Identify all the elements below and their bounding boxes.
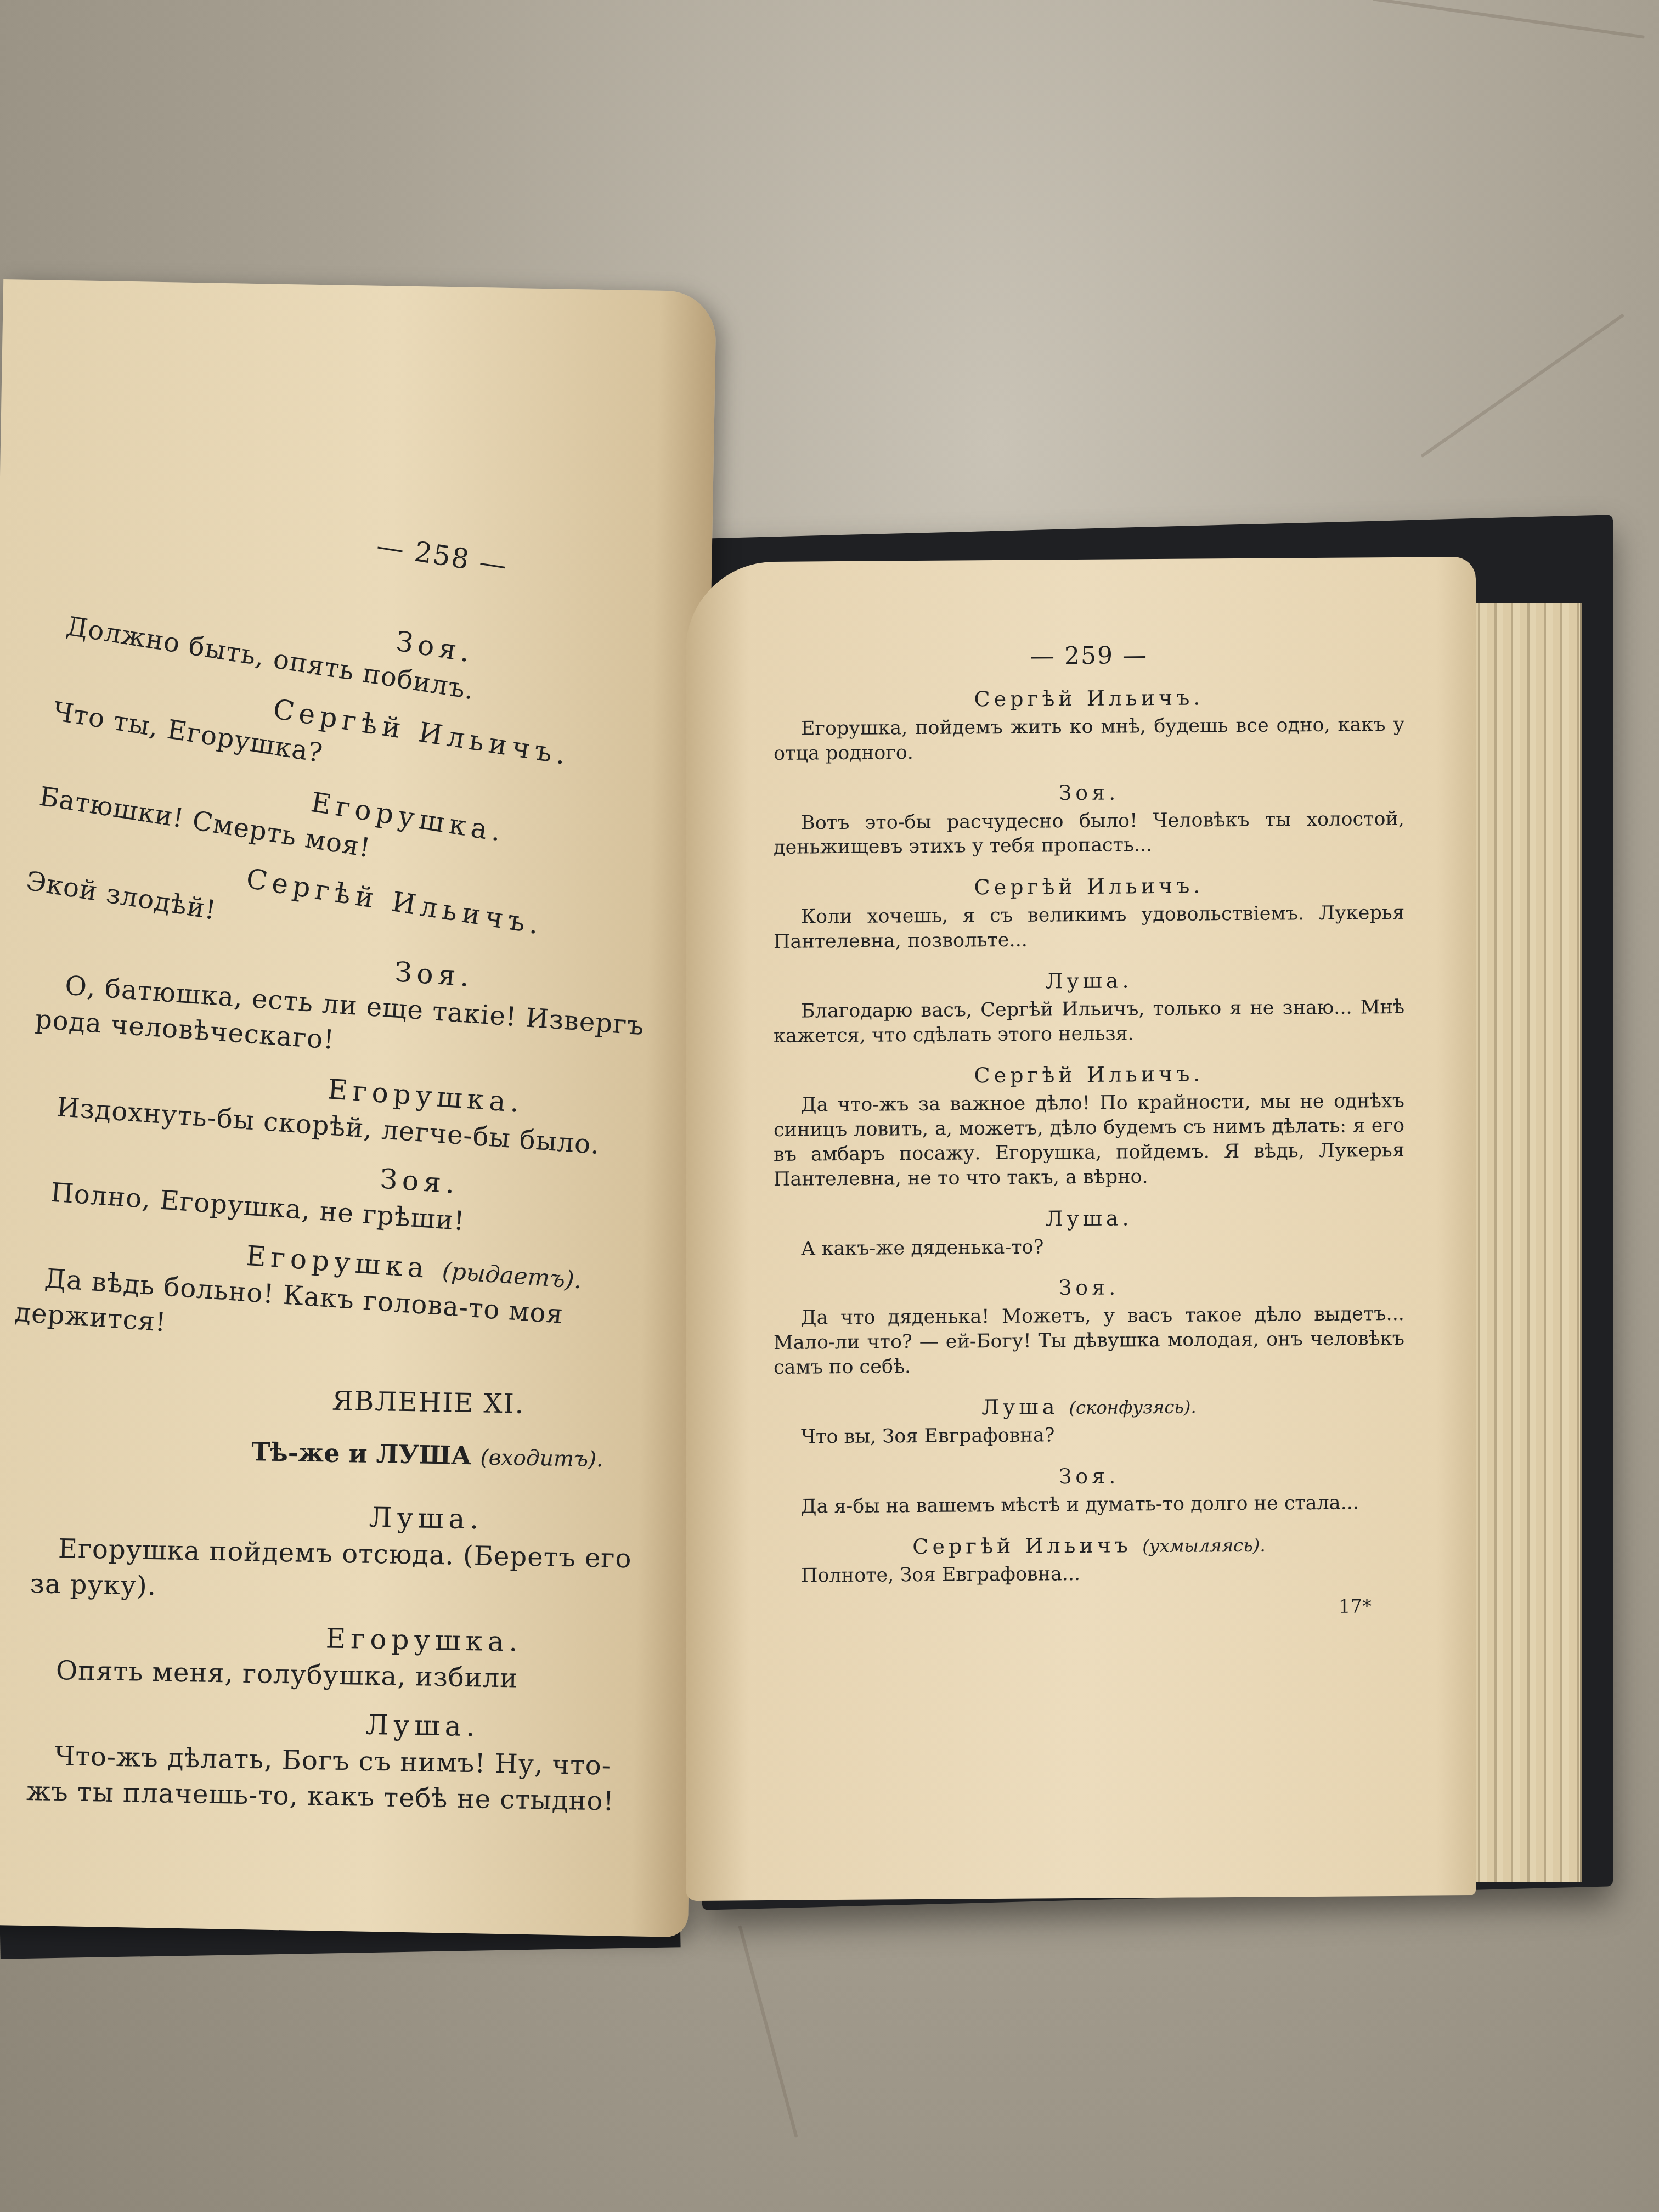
- dialogue-block: Зоя. Должно быть, опять побилъ. Сергѣй И…: [0, 569, 665, 992]
- speaker-name: Сергѣй Ильичъ.: [774, 872, 1404, 901]
- speaker-name: Сергѣй Ильичъ.: [774, 684, 1404, 713]
- dialogue-line: Да я-бы на вашемъ мѣстѣ и думать-то долг…: [774, 1490, 1404, 1519]
- dialogue-line: Опять меня, голубушка, избили: [28, 1652, 654, 1699]
- scene-cast: Тѣ-же и ЛУША (входитъ).: [32, 1433, 658, 1474]
- dialogue-entry: Егорушка. Опять меня, голубушка, избили: [28, 1617, 654, 1699]
- speaker-name-text: Сергѣй Ильичъ: [912, 1533, 1132, 1559]
- page-number: — 259 —: [774, 640, 1404, 672]
- dialogue-line: Коли хочешь, я съ великимъ удовольствіем…: [774, 901, 1404, 955]
- scene-cast-names: Тѣ-же и ЛУША: [251, 1437, 472, 1470]
- stage-direction: (ухмыляясь).: [1142, 1535, 1266, 1557]
- dialogue-entry: Луша. Егорушка пойдемъ отсюда. (Беретъ е…: [30, 1496, 657, 1612]
- dialogue-block: Луша. Егорушка пойдемъ отсюда. (Беретъ е…: [26, 1496, 657, 1820]
- speaker-name: Луша (сконфузясь).: [774, 1392, 1404, 1421]
- speaker-name-text: Луша: [981, 1395, 1058, 1419]
- speaker-name: Зоя.: [774, 1462, 1404, 1490]
- dialogue-block: Зоя. О, батюшка, есть ли еще такіе! Изве…: [14, 931, 665, 1374]
- speaker-name: Зоя.: [774, 1273, 1404, 1302]
- marble-vein: [738, 1925, 798, 2138]
- dialogue-entry: Зоя. Да что дяденька! Можетъ, у васъ так…: [774, 1273, 1404, 1380]
- dialogue-entry: Сергѣй Ильичъ. Егорушка, пойдемъ жить ко…: [774, 684, 1404, 766]
- dialogue-entry: Луша. Благодарю васъ, Сергѣй Ильичъ, тол…: [774, 967, 1404, 1049]
- speaker-name: Зоя.: [774, 778, 1404, 806]
- dialogue-entry: Луша. Что-жъ дѣлать, Богъ съ нимъ! Ну, ч…: [26, 1703, 653, 1820]
- dialogue-entry: Зоя. Вотъ это-бы расчудесно было! Человѣ…: [774, 778, 1404, 860]
- dialogue-line: Что вы, Зоя Евграфовна?: [774, 1421, 1404, 1450]
- speaker-name: Сергѣй Ильичъ (ухмыляясь).: [774, 1531, 1404, 1560]
- dialogue-line: Благодарю васъ, Сергѣй Ильичъ, только я …: [774, 995, 1404, 1049]
- right-page: — 259 — Сергѣй Ильичъ. Егорушка, пойдемъ…: [686, 557, 1476, 1901]
- dialogue-entry: Луша (сконфузясь). Что вы, Зоя Евграфовн…: [774, 1392, 1404, 1450]
- dialogue-line: Егорушка, пойдемъ жить ко мнѣ, будешь вс…: [774, 713, 1404, 766]
- speaker-name: Сергѣй Ильичъ.: [774, 1060, 1404, 1089]
- dialogue-line: Вотъ это-бы расчудесно было! Человѣкъ ты…: [774, 806, 1404, 860]
- dialogue-entry: Луша. А какъ-же дяденька-то?: [774, 1204, 1404, 1261]
- stage-direction: (сконфузясь).: [1069, 1396, 1196, 1418]
- speaker-name: Луша.: [774, 1204, 1404, 1232]
- dialogue-entry: Зоя. Да я-бы на вашемъ мѣстѣ и думать-то…: [774, 1462, 1404, 1519]
- dialogue-entry: Сергѣй Ильичъ. Да что-жъ за важное дѣло!…: [774, 1060, 1404, 1192]
- scene-title: ЯВЛЕНІЕ XI.: [33, 1380, 659, 1422]
- dialogue-line: Что-жъ дѣлать, Богъ съ нимъ! Ну, что-жъ …: [26, 1738, 653, 1820]
- dialogue-line: А какъ-же дяденька-то?: [774, 1232, 1404, 1261]
- dialogue-line: Полноте, Зоя Евграфовна...: [774, 1560, 1404, 1589]
- stage-direction: (рыдаетъ).: [441, 1258, 582, 1295]
- marble-vein: [1373, 0, 1645, 39]
- dialogue-line: Егорушка пойдемъ отсюда. (Беретъ его за …: [30, 1531, 656, 1612]
- stage-direction: (входитъ).: [480, 1445, 603, 1472]
- dialogue-line: Да что дяденька! Можетъ, у васъ такое дѣ…: [774, 1302, 1404, 1380]
- scene-heading: ЯВЛЕНІЕ XI. Тѣ-же и ЛУША (входитъ).: [32, 1380, 659, 1474]
- speaker-name: Луша.: [774, 967, 1404, 995]
- dialogue-entry: Сергѣй Ильичъ. Коли хочешь, я съ великим…: [774, 872, 1404, 955]
- marble-vein: [1420, 313, 1624, 458]
- signature-mark: 17*: [774, 1595, 1404, 1622]
- left-page: — 258 — Зоя. Должно быть, опять побилъ. …: [0, 279, 716, 1937]
- dialogue-line: Да что-жъ за важное дѣло! По крайности, …: [774, 1089, 1404, 1192]
- dialogue-entry: Сергѣй Ильичъ (ухмыляясь). Полноте, Зоя …: [774, 1531, 1404, 1589]
- dialogue-entry: Егорушка (рыдаетъ). Да вѣдь больно! Какъ…: [14, 1224, 645, 1374]
